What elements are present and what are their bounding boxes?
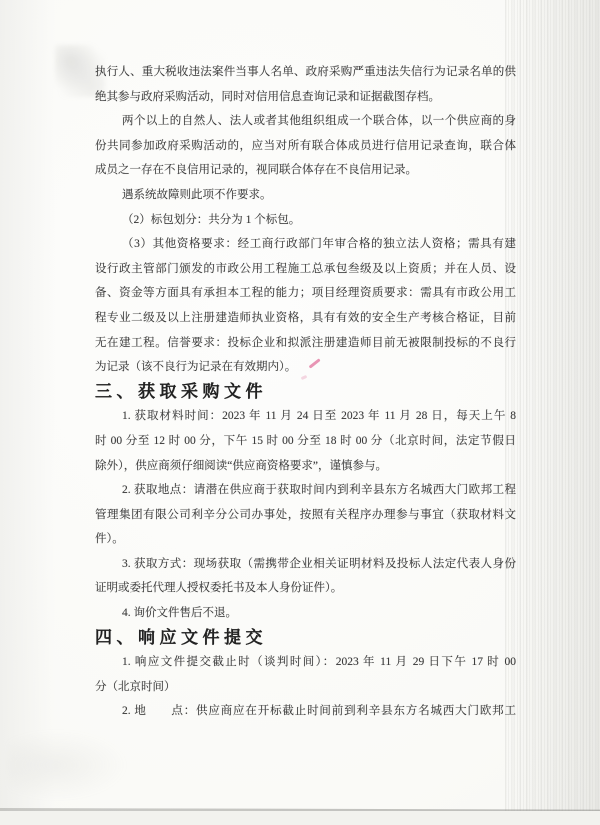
text-line: 绝其参与政府采购活动，同时对信用信息查询记录和证据截图存档。: [95, 85, 516, 110]
scanner-background: [0, 811, 600, 825]
text-line: 2. 获取地点：请潜在供应商于获取时间内到利辛县东方名城西大门欧邦工程: [95, 478, 516, 503]
text-line: 备、资金等方面具有承担本工程的能力；项目经理资质要求：需具有市政公用工: [95, 281, 516, 306]
text-line: 管理集团有限公司利辛分公司办事处，按照有关程序办理参与事宜（获取材料文: [95, 503, 516, 528]
text-line: 遇系统故障则此项不作要求。: [95, 183, 516, 208]
text-line: 除外），供应商须仔细阅读“供应商资格要求”，谨慎参与。: [95, 454, 516, 479]
scan-left-shading: [0, 0, 55, 825]
text-line: 3. 获取方式：现场获取（需携带企业相关证明材料及投标人法定代表人身份: [95, 552, 516, 577]
text-line: 2. 地 点：供应商应在开标截止时间前到利辛县东方名城西大门欧邦工: [95, 699, 516, 724]
document-text: 执行人、重大税收违法案件当事人名单、政府采购严重违法失信行为记录名单的供应商，拒…: [95, 60, 516, 724]
text-line: 执行人、重大税收违法案件当事人名单、政府采购严重违法失信行为记录名单的供应商，拒: [95, 60, 516, 85]
text-line: 证明或委托代理人授权委托书及本人身份证件）。: [95, 576, 516, 601]
section-heading: 三、获取采购文件: [95, 380, 516, 405]
text-line: 1. 响应文件提交截止时（谈判时间）：2023 年 11 月 29 日下午 17…: [95, 650, 516, 675]
text-line: 为记录（该不良行为记录在有效期内）。: [95, 355, 516, 380]
text-line: 1. 获取材料时间：2023 年 11 月 24 日至 2023 年 11 月 …: [95, 404, 516, 429]
scan-smudge-bottom-left: [8, 730, 128, 800]
scanned-document-page: 执行人、重大税收违法案件当事人名单、政府采购严重违法失信行为记录名单的供应商，拒…: [0, 0, 600, 825]
scan-right-texture: [505, 0, 600, 825]
text-line: 无在建工程。信誉要求：投标企业和拟派注册建造师目前无被限制投标的不良行: [95, 331, 516, 356]
text-line: （2）标包划分：共分为 1 个标包。: [95, 208, 516, 233]
text-line: 程专业二级及以上注册建造师执业资格，具有有效的安全生产考核合格证，目前: [95, 306, 516, 331]
text-line: 件）。: [95, 527, 516, 552]
page-bottom-edge: [0, 808, 600, 812]
text-line: 设行政主管部门颁发的市政公用工程施工总承包叁级及以上资质；并在人员、设: [95, 257, 516, 282]
text-line: 时 00 分至 12 时 00 分，下午 15 时 00 分至 18 时 00 …: [95, 429, 516, 454]
text-line: 成员之一存在不良信用记录的，视同联合体存在不良信用记录。: [95, 158, 516, 183]
text-line: （3）其他资格要求：经工商行政部门年审合格的独立法人资格；需具有建: [95, 232, 516, 257]
text-line: 两个以上的自然人、法人或者其他组织组成一个联合体，以一个供应商的身: [95, 109, 516, 134]
section-heading: 四、响应文件提交: [95, 626, 516, 651]
text-line: 份共同参加政府采购活动的，应当对所有联合体成员进行信用记录查询，联合体: [95, 134, 516, 159]
text-line: 分（北京时间）: [95, 675, 516, 700]
text-line: 4. 询价文件售后不退。: [95, 601, 516, 626]
